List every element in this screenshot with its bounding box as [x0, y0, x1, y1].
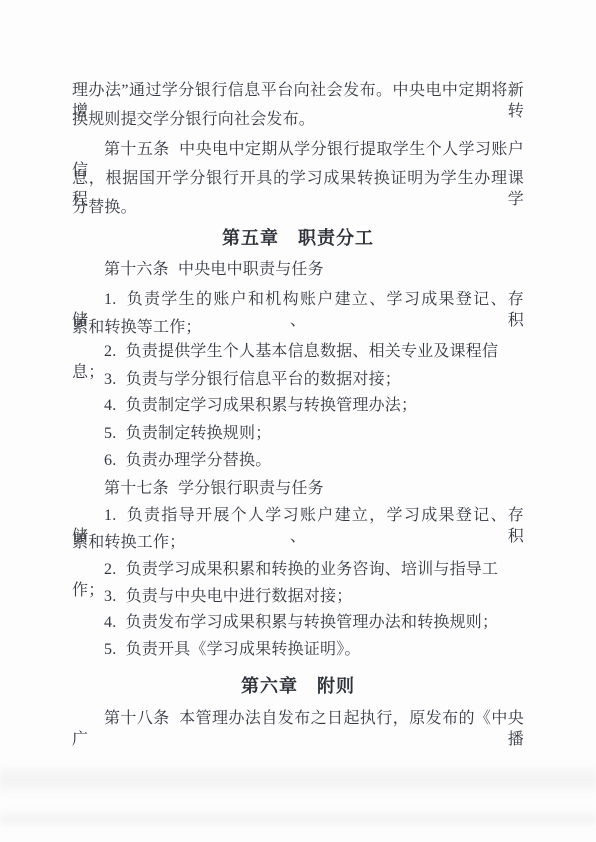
- list-item: 4. 负责制定学习成果积累与转换管理办法；: [72, 395, 524, 416]
- text-line: 分替换。: [72, 197, 524, 218]
- list-item: 3. 负责与学分银行信息平台的数据对接；: [72, 369, 524, 390]
- chapter-heading-5: 第五章 职责分工: [0, 224, 596, 250]
- text-line-article-17: 第十七条 学分银行职责与任务: [72, 478, 524, 499]
- list-item: 6. 负责办理学分替换。: [72, 450, 524, 471]
- text-line: 换规则提交学分银行向社会发布。: [72, 109, 524, 130]
- list-item-continuation: 累和转换工作；: [72, 532, 524, 553]
- scan-artifact: [0, 808, 596, 828]
- text-line-article-18: 第十八条 本管理办法自发布之日起执行，原发布的《中央广播: [72, 708, 524, 750]
- document-page: 理办法”通过学分银行信息平台向社会发布。中央电中定期将新增转 换规则提交学分银行…: [0, 0, 596, 842]
- chapter-heading-6: 第六章 附则: [0, 672, 596, 698]
- list-item: 5. 负责开具《学习成果转换证明》。: [72, 639, 524, 660]
- list-item: 3. 负责与中央电中进行数据对接；: [72, 586, 524, 607]
- list-item: 4. 负责发布学习成果积累与转换管理办法和转换规则；: [72, 612, 524, 633]
- list-item-continuation: 累和转换等工作；: [72, 317, 524, 338]
- scan-artifact: [0, 762, 596, 796]
- list-item: 5. 负责制定转换规则；: [72, 423, 524, 444]
- text-line-article-16: 第十六条 中央电中职责与任务: [72, 259, 524, 280]
